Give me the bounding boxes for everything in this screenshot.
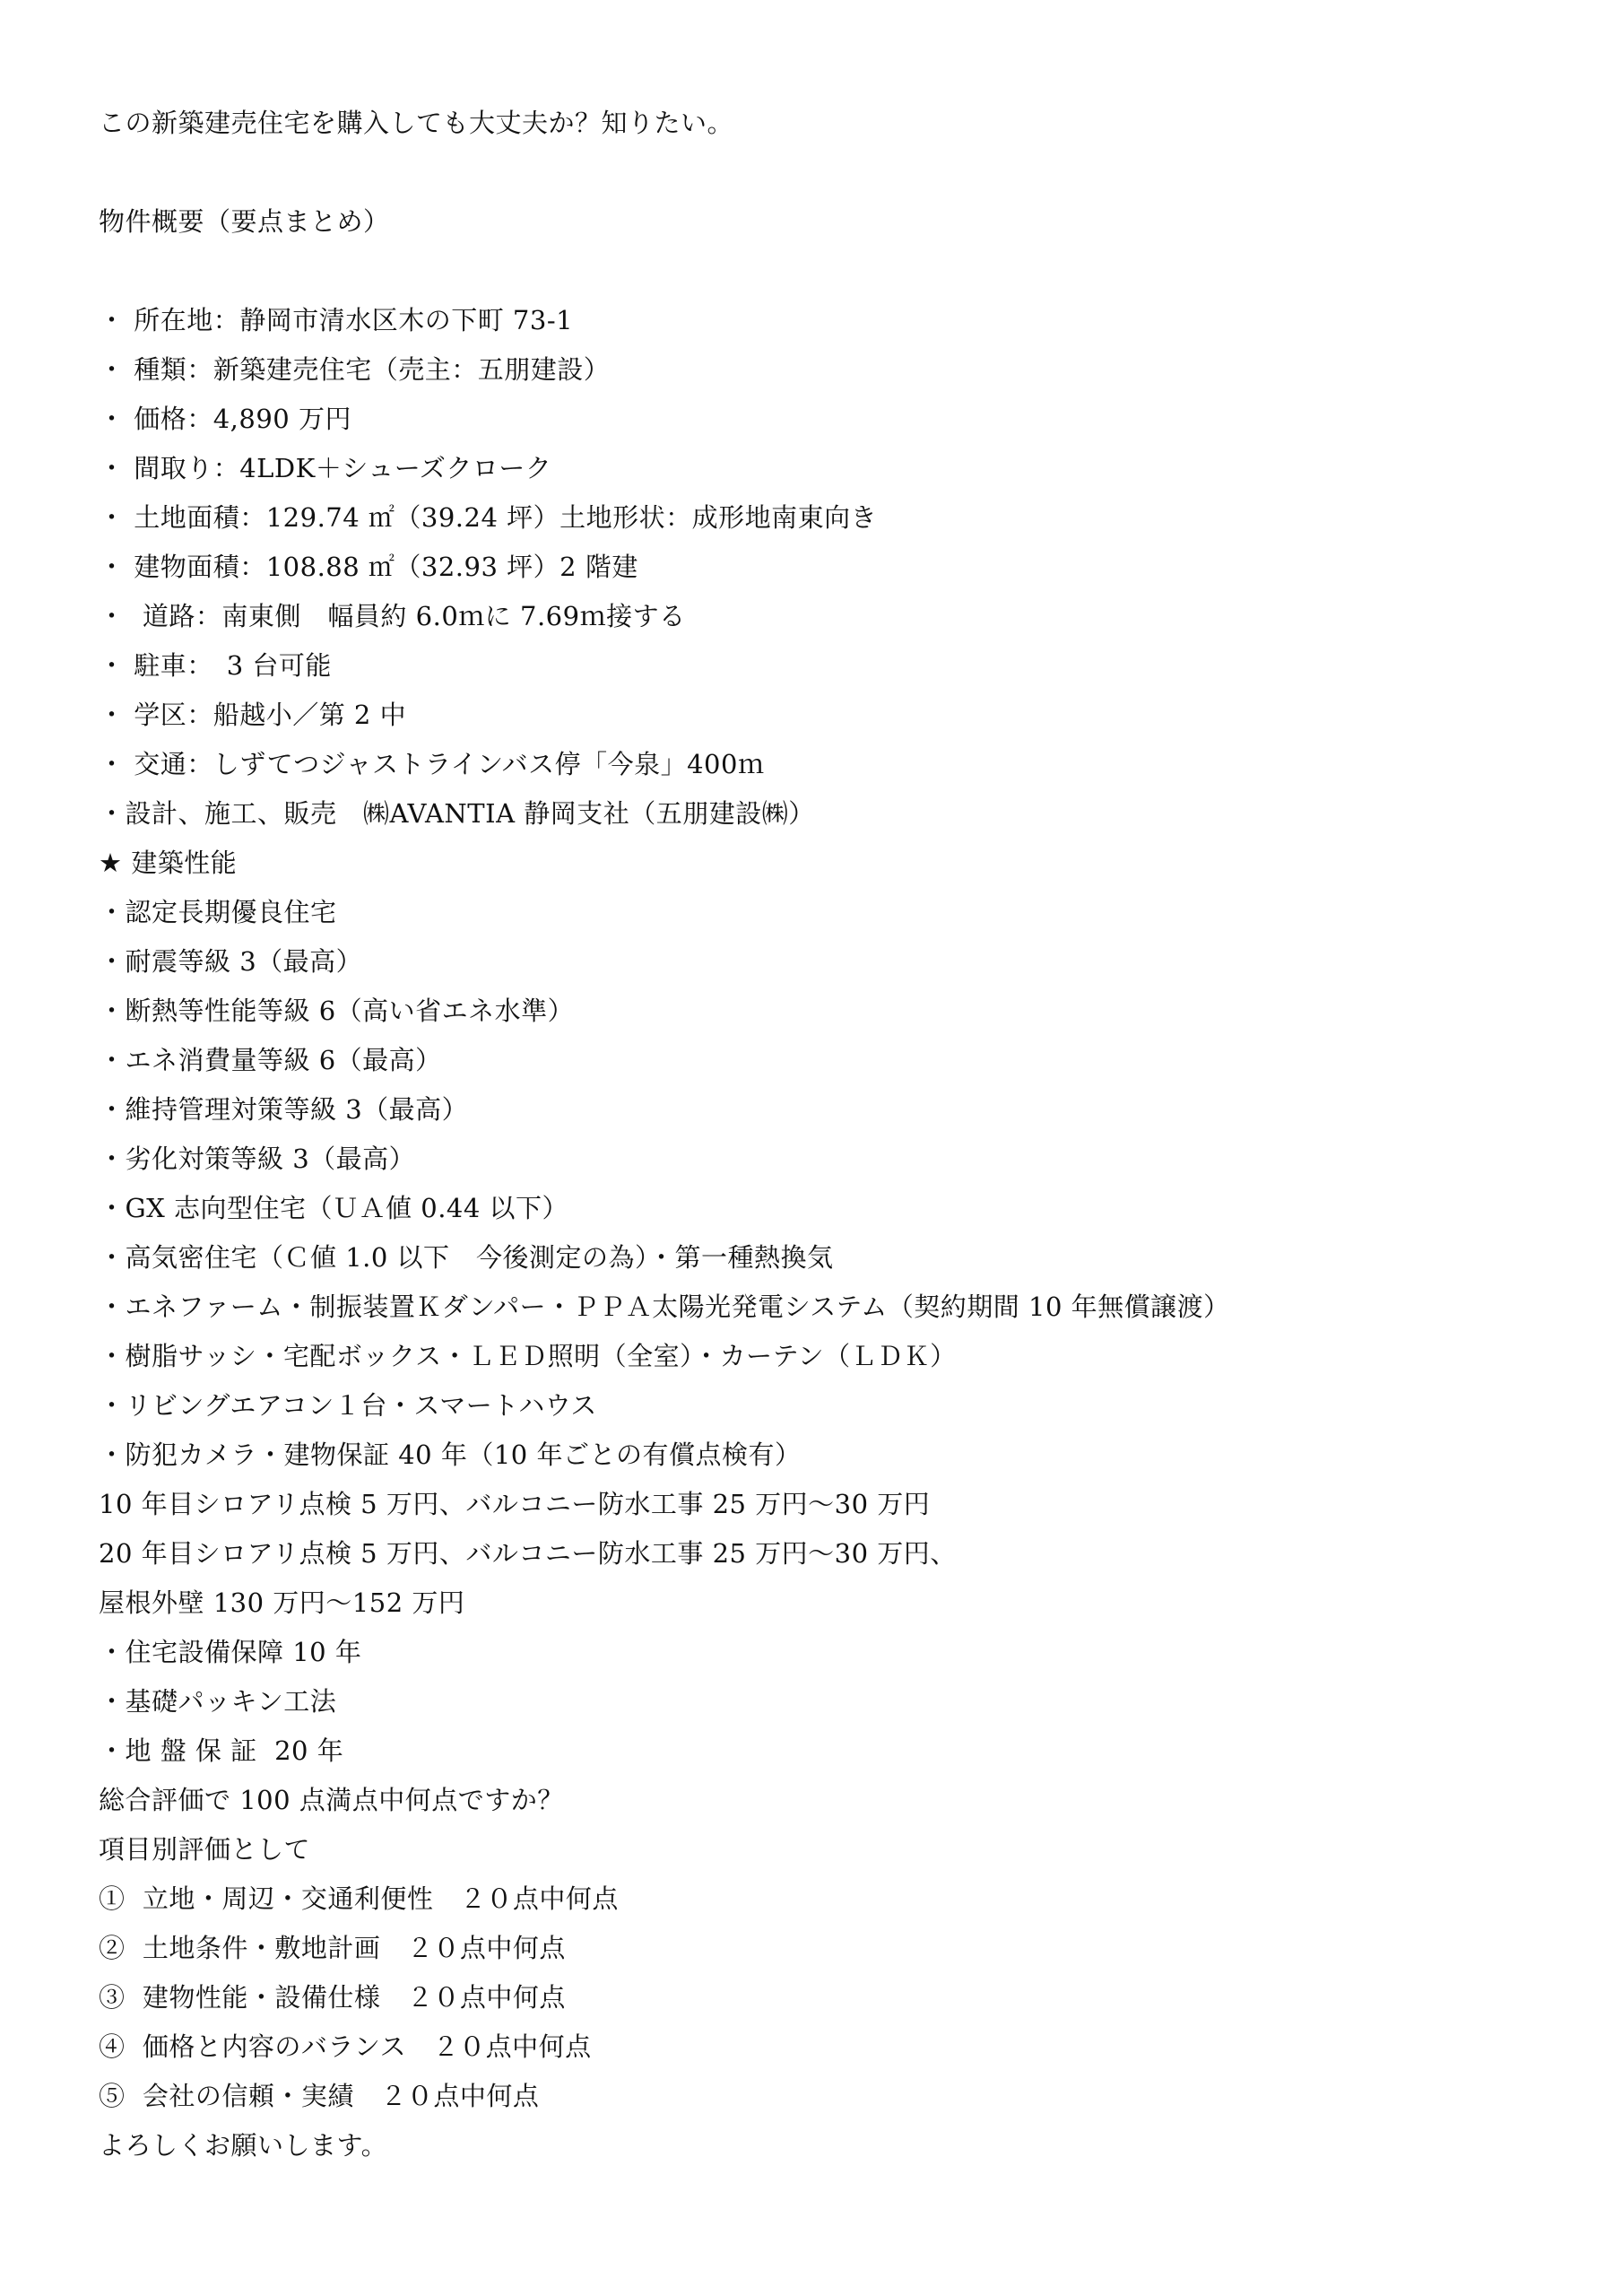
performance-heading: ★ 建築性能 (99, 839, 1533, 888)
overview-item-building-area: ・ 建物面積：108.88 ㎡（32.93 坪）2 階建 (99, 543, 1533, 592)
overview-item-price: ・ 価格：4,890 万円 (99, 395, 1533, 444)
closing-line: よろしくお願いします。 (99, 2121, 1533, 2170)
overview-heading: 物件概要（要点まとめ） (99, 197, 1533, 247)
maintenance-line-20yr: 20 年目シロアリ点検 5 万円、バルコニー防水工事 25 万円～30 万円、 (99, 1529, 1533, 1578)
performance-item: ・樹脂サッシ・宅配ボックス・ＬＥＤ照明（全室）・カーテン（ＬＤＫ） (99, 1332, 1533, 1381)
overview-item-school-district: ・ 学区：船越小／第 2 中 (99, 691, 1533, 740)
performance-item: ・耐震等級 3（最高） (99, 937, 1533, 987)
overview-item-location: ・ 所在地：静岡市清水区木の下町 73-1 (99, 296, 1533, 345)
category-item-company: ⑤ 会社の信頼・実績 ２０点中何点 (99, 2072, 1533, 2121)
overview-item-layout: ・ 間取り：4LDK＋シューズクローク (99, 444, 1533, 493)
performance-item: ・リビングエアコン１台・スマートハウス (99, 1381, 1533, 1431)
category-item-location: ① 立地・周辺・交通利便性 ２０点中何点 (99, 1874, 1533, 1924)
star-icon: ★ (99, 848, 123, 878)
performance-item: ・防犯カメラ・建物保証 40 年（10 年ごとの有償点検有） (99, 1431, 1533, 1480)
maintenance-line-roof-wall: 屋根外壁 130 万円～152 万円 (99, 1578, 1533, 1628)
performance-item: ・エネファーム・制振装置Ｋダンパー・ＰＰＡ太陽光発電システム（契約期間 10 年… (99, 1283, 1533, 1332)
maintenance-cost-list: 10 年目シロアリ点検 5 万円、バルコニー防水工事 25 万円～30 万円 2… (99, 1480, 1533, 1628)
total-score-question: 総合評価で 100 点満点中何点ですか？ (99, 1776, 1533, 1825)
overview-item-transport: ・ 交通：しずてつジャストラインバス停「今泉」400ｍ (99, 740, 1533, 789)
blank-line (99, 148, 1533, 197)
performance-list: ・認定長期優良住宅 ・耐震等級 3（最高） ・断熱等性能等級 6（高い省エネ水準… (99, 888, 1533, 1480)
performance-item: ・高気密住宅（Ｃ値 1.0 以下 今後測定の為）・第一種熱換気 (99, 1233, 1533, 1283)
performance-heading-label: 建築性能 (123, 848, 238, 878)
performance-item: ・劣化対策等級 3（最高） (99, 1135, 1533, 1184)
warranty-item: ・住宅設備保障 10 年 (99, 1628, 1533, 1677)
category-heading: 項目別評価として (99, 1825, 1533, 1874)
performance-item: ・断熱等性能等級 6（高い省エネ水準） (99, 987, 1533, 1036)
overview-item-land-area: ・ 土地面積：129.74 ㎡（39.24 坪）土地形状：成形地南東向き (99, 493, 1533, 543)
question-line: この新築建売住宅を購入しても大丈夫か？知りたい。 (99, 99, 1533, 148)
performance-item: ・認定長期優良住宅 (99, 888, 1533, 937)
document-page: この新築建売住宅を購入しても大丈夫か？知りたい。 物件概要（要点まとめ） ・ 所… (99, 99, 1533, 2170)
warranty-item: ・地 盤 保 証 20 年 (99, 1726, 1533, 1776)
category-item-building: ③ 建物性能・設備仕様 ２０点中何点 (99, 1973, 1533, 2022)
category-item-land: ② 土地条件・敷地計画 ２０点中何点 (99, 1924, 1533, 1973)
blank-line (99, 247, 1533, 296)
overview-item-parking: ・ 駐車： 3 台可能 (99, 641, 1533, 691)
overview-item-type: ・ 種類：新築建売住宅（売主：五朋建設） (99, 345, 1533, 395)
performance-item: ・維持管理対策等級 3（最高） (99, 1085, 1533, 1135)
maintenance-line-10yr: 10 年目シロアリ点検 5 万円、バルコニー防水工事 25 万円～30 万円 (99, 1480, 1533, 1529)
performance-item: ・エネ消費量等級 6（最高） (99, 1036, 1533, 1085)
category-item-price-balance: ④ 価格と内容のバランス ２０点中何点 (99, 2022, 1533, 2072)
warranty-list: ・住宅設備保障 10 年 ・基礎パッキン工法 ・地 盤 保 証 20 年 (99, 1628, 1533, 1776)
category-list: ① 立地・周辺・交通利便性 ２０点中何点 ② 土地条件・敷地計画 ２０点中何点 … (99, 1874, 1533, 2121)
warranty-item: ・基礎パッキン工法 (99, 1677, 1533, 1726)
performance-item: ・GX 志向型住宅（ＵＡ値 0.44 以下） (99, 1184, 1533, 1233)
overview-item-builder: ・設計、施工、販売 ㈱AVANTIA 静岡支社（五朋建設㈱） (99, 789, 1533, 839)
overview-item-road: ・ 道路：南東側 幅員約 6.0ｍに 7.69ｍ接する (99, 592, 1533, 641)
overview-list: ・ 所在地：静岡市清水区木の下町 73-1 ・ 種類：新築建売住宅（売主：五朋建… (99, 296, 1533, 839)
